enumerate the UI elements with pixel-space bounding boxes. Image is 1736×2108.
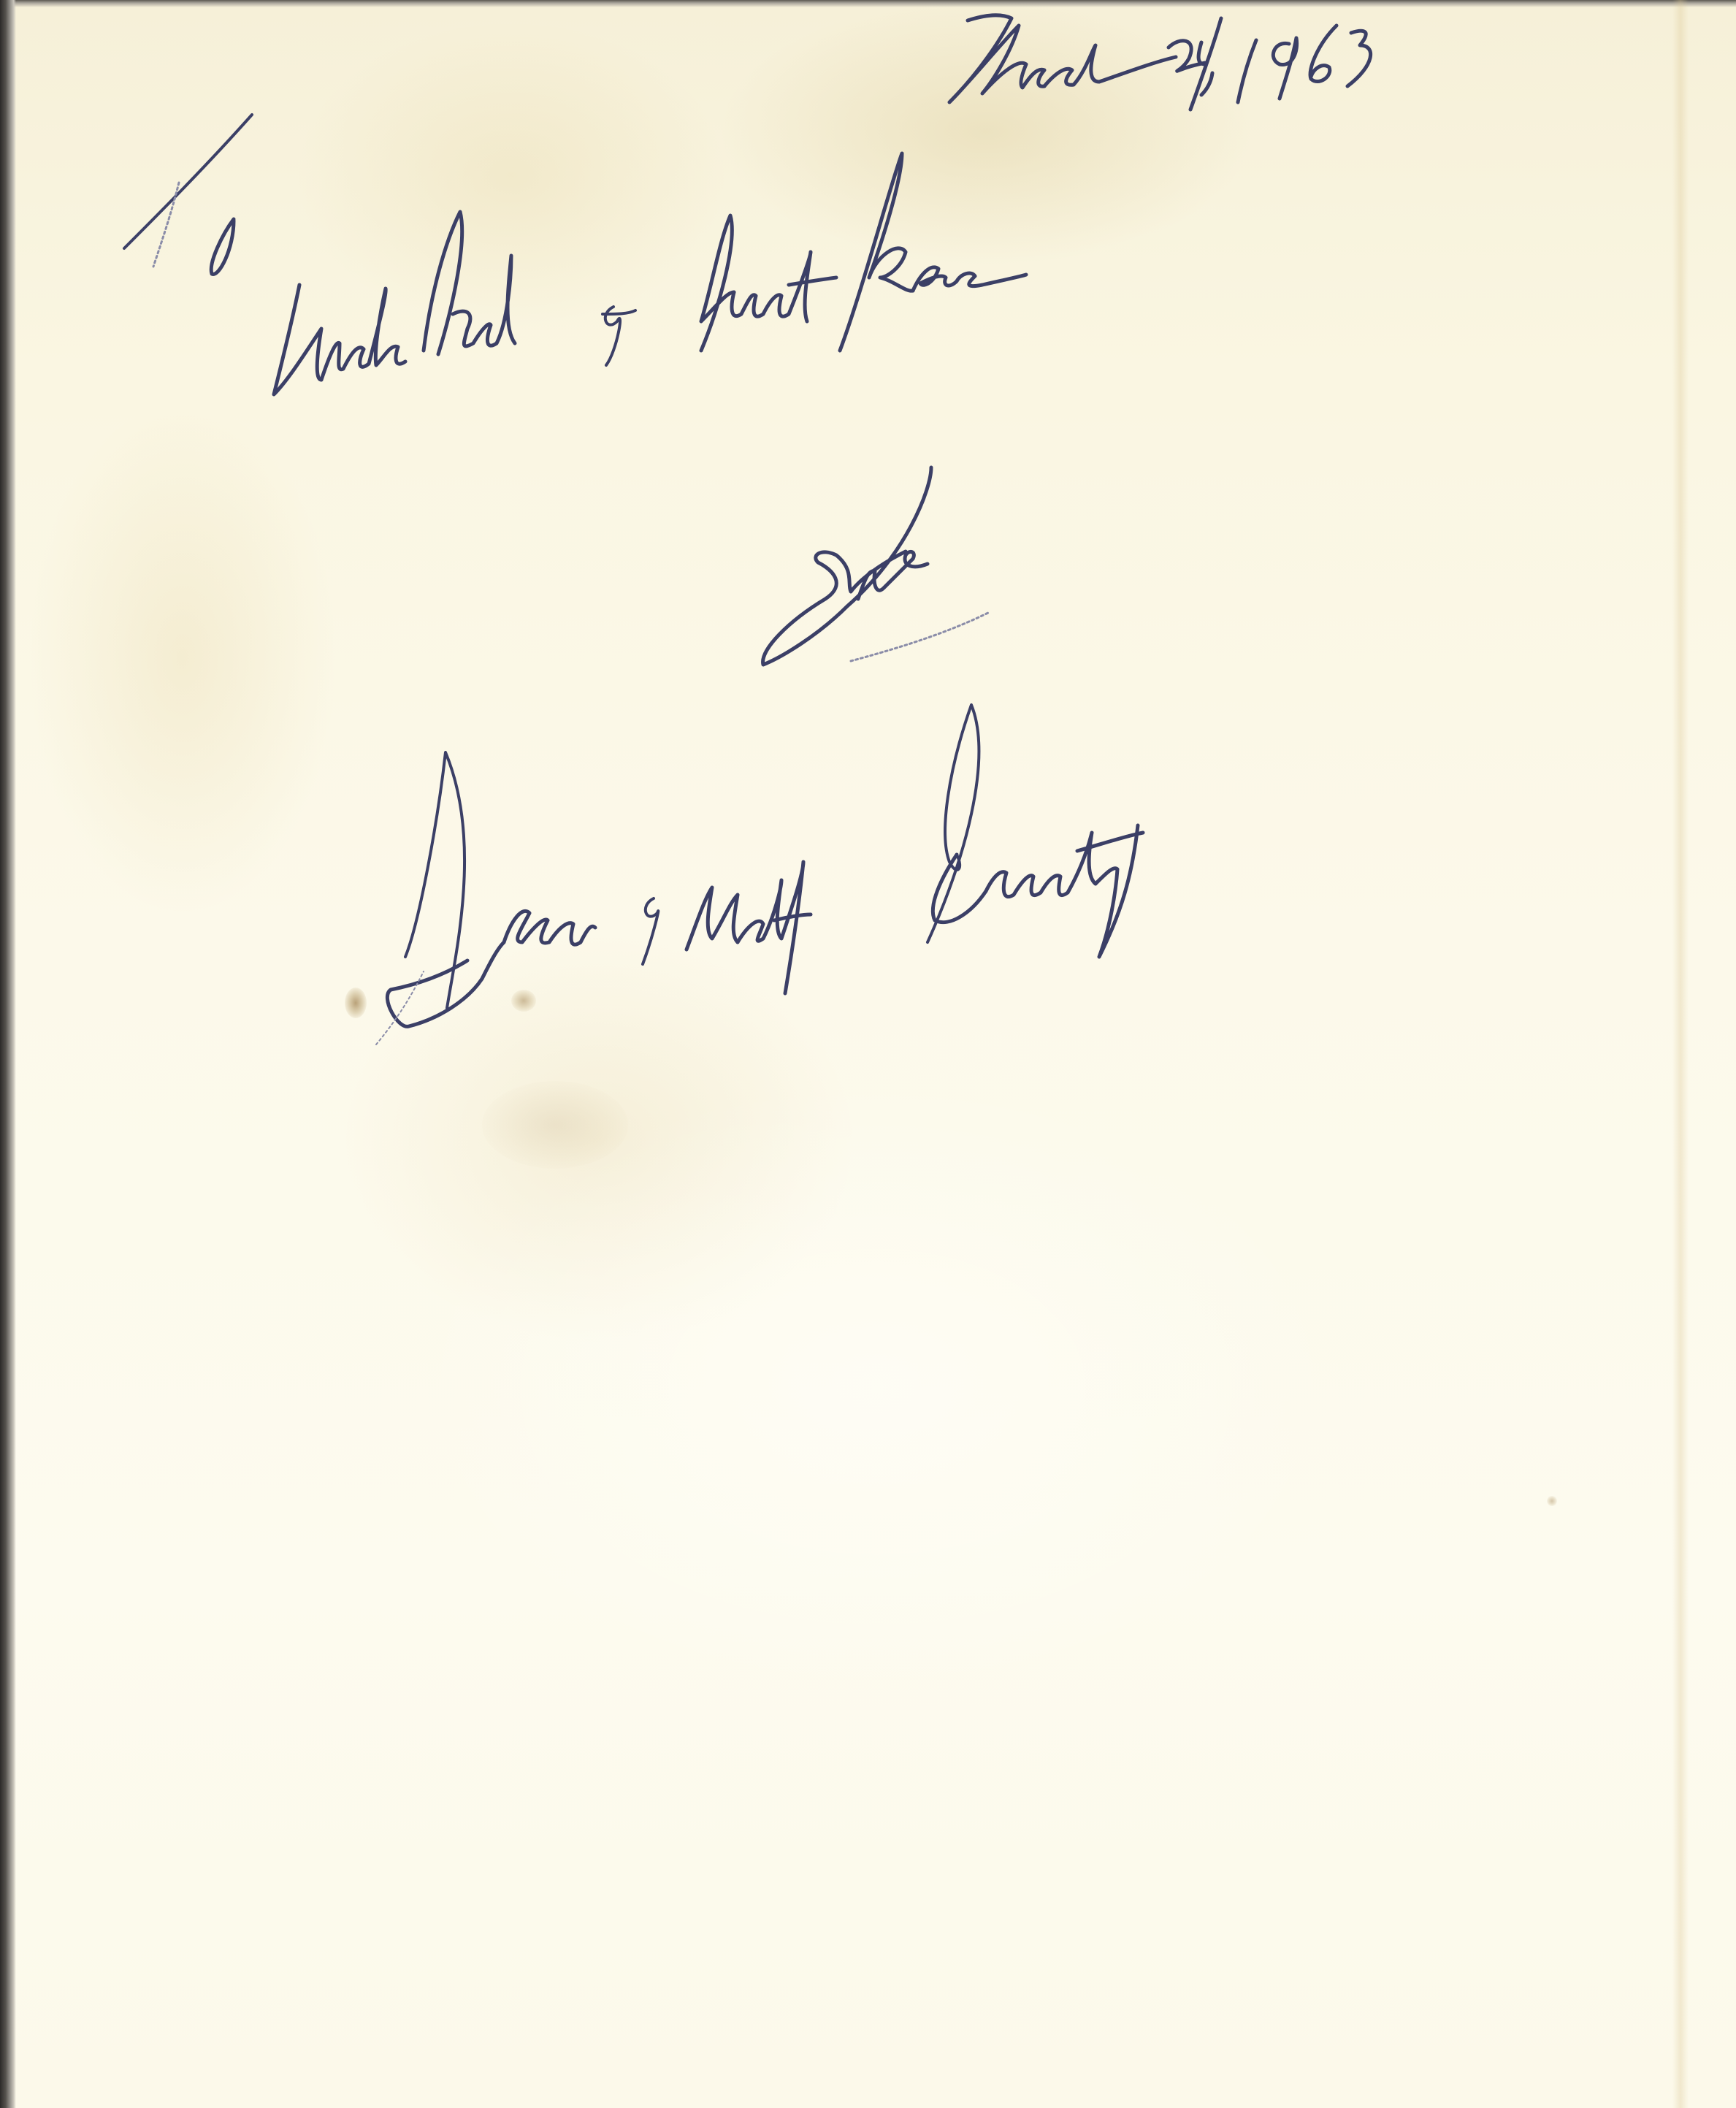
signature-handwriting (376, 705, 1143, 1045)
salutation-handwriting (124, 115, 252, 274)
date-handwriting (949, 15, 1371, 110)
scanned-page: March 24, 1963 To Uncle Paul & Aunt Rose… (0, 0, 1736, 2108)
handwriting-layer (0, 0, 1736, 2108)
recipients-handwriting (274, 153, 1026, 394)
closing-handwriting (763, 467, 990, 665)
